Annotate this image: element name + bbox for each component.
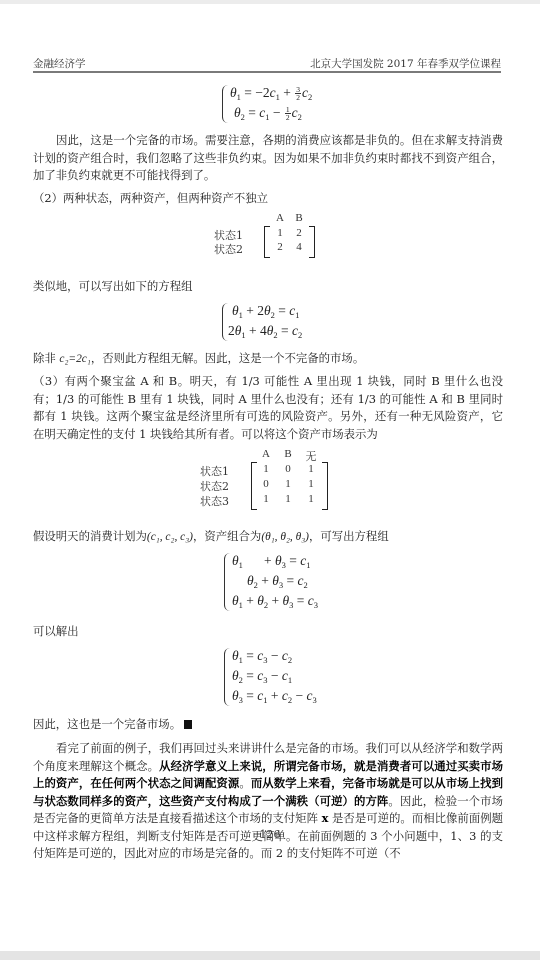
paragraph-solve: 可以解出: [33, 623, 503, 641]
matrix-column-header: B: [280, 448, 296, 460]
text-span: 假设明天的消费计划为: [33, 529, 147, 543]
right-bracket-icon: [322, 462, 328, 510]
left-brace-icon: [224, 648, 232, 706]
matrix-cell: 4: [291, 241, 307, 253]
matrix-column-header: B: [291, 212, 307, 224]
header-divider: [33, 71, 501, 73]
matrix-cell: 1: [280, 493, 296, 505]
matrix-cell: 2: [291, 227, 307, 239]
equation-row: θ1 + θ2 + θ3 = c3: [232, 593, 318, 610]
equation-row: + θ3 = c1: [264, 553, 311, 570]
matrix-cell: 2: [272, 241, 288, 253]
matrix-cell: 1: [258, 493, 274, 505]
equation-row: θ2 + θ3 = c2: [247, 573, 308, 590]
left-bracket-icon: [264, 226, 270, 258]
right-bracket-icon: [309, 226, 315, 258]
equation-row: θ1 + 2θ2 = c1: [232, 303, 300, 320]
matrix-row-label: 状态2: [200, 478, 229, 494]
paragraph-consumption-plan: 假设明天的消费计划为(c₁, c₂, c₃)，资产组合为(θ₁, θ₂, θ₃)…: [33, 528, 503, 547]
matrix-row-label: 状态3: [200, 493, 229, 509]
text-span: 因此，这也是一个完备市场。: [33, 717, 181, 731]
equation-system-3: θ1 + θ3 = c1 θ2 + θ3 = c2 θ1 + θ2 + θ3 =…: [222, 553, 342, 615]
equation-row: θ2 = c3 − c1: [232, 668, 292, 685]
matrix-row-label: 状态1: [200, 463, 229, 479]
matrix-cell: 1: [258, 463, 274, 475]
page-number: 126: [0, 828, 540, 841]
equation-system-2: θ1 + 2θ2 = c1 2θ1 + 4θ2 = c2: [220, 303, 340, 345]
text-span: ，否则此方程组无解。因此，这是一个不完备的市场。: [91, 351, 364, 365]
page-header: 金融经济学 北京大学国发院 2017 年春季双学位课程: [33, 56, 501, 72]
section-heading-2: （2）两种状态，两种资产，但两种资产不独立: [33, 190, 503, 208]
header-course-title: 金融经济学: [33, 56, 86, 71]
math-inline: (c₁, c₂, c₃): [147, 531, 193, 543]
equation-row: θ2 = c1 − 12c2: [234, 105, 302, 122]
payoff-matrix-1: A B 状态1 状态2 1 2 2 4: [214, 212, 324, 262]
paragraph-complete-market-note: 因此，这是一个完备的市场。需要注意，各期的消费应该都是非负的。但在求解支持消费计…: [33, 132, 503, 185]
equation-row: θ3 = c1 + c2 − c3: [232, 688, 317, 705]
text-span: 。: [239, 776, 250, 790]
math-inline: c₂=2c₁: [59, 353, 90, 365]
matrix-row-label: 状态2: [214, 241, 243, 257]
left-brace-icon: [224, 553, 232, 611]
section-heading-3: （3）有两个聚宝盆 A 和 B。明天，有 1/3 可能性 A 里出现 1 块钱，…: [33, 373, 503, 443]
equation-system-1: θ1 = −2c1 + 32c2 θ2 = c1 − 12c2: [220, 85, 340, 125]
paragraph-similar: 类似地，可以写出如下的方程组: [33, 278, 503, 296]
paragraph-complete-market-definition: 看完了前面的例子，我们再回过头来讲讲什么是完备的市场。我们可以从经济学和数学两个…: [33, 740, 503, 863]
equation-row: θ1: [232, 553, 243, 570]
matrix-cell: 1: [303, 478, 319, 490]
equation-row: θ1 = c3 − c2: [232, 648, 292, 665]
matrix-column-header: 无: [303, 448, 319, 464]
matrix-column-header: A: [258, 448, 274, 460]
text-span: 除非: [33, 351, 59, 365]
payoff-matrix-2: A B 无 状态1 状态2 状态3 1 0 1 0 1 1 1 1 1: [200, 448, 340, 513]
equation-system-4: θ1 = c3 − c2 θ2 = c3 − c1 θ3 = c1 + c2 −…: [222, 648, 342, 710]
viewer-top-edge: [0, 0, 540, 4]
equation-row: 2θ1 + 4θ2 = c2: [228, 323, 302, 340]
paragraph-conclusion: 因此，这也是一个完备市场。: [33, 716, 503, 734]
matrix-cell: 1: [280, 478, 296, 490]
math-inline: (θ₁, θ₂, θ₃): [261, 531, 309, 543]
viewer-bottom-edge: [0, 951, 540, 960]
equation-row: θ1 = −2c1 + 32c2: [230, 85, 312, 102]
text-span: ，资产组合为: [193, 529, 261, 543]
matrix-column-header: A: [272, 212, 288, 224]
matrix-cell: 1: [303, 493, 319, 505]
paragraph-incomplete-market: 除非 c₂=2c₁，否则此方程组无解。因此，这是一个不完备的市场。: [33, 350, 503, 369]
left-brace-icon: [222, 85, 230, 123]
matrix-cell: 1: [272, 227, 288, 239]
left-bracket-icon: [251, 462, 257, 510]
header-institution: 北京大学国发院 2017 年春季双学位课程: [310, 56, 501, 71]
qed-square-icon: [184, 720, 192, 729]
text-span: ，可写出方程组: [309, 529, 389, 543]
matrix-cell: 1: [303, 463, 319, 475]
matrix-cell: 0: [280, 463, 296, 475]
matrix-cell: 0: [258, 478, 274, 490]
